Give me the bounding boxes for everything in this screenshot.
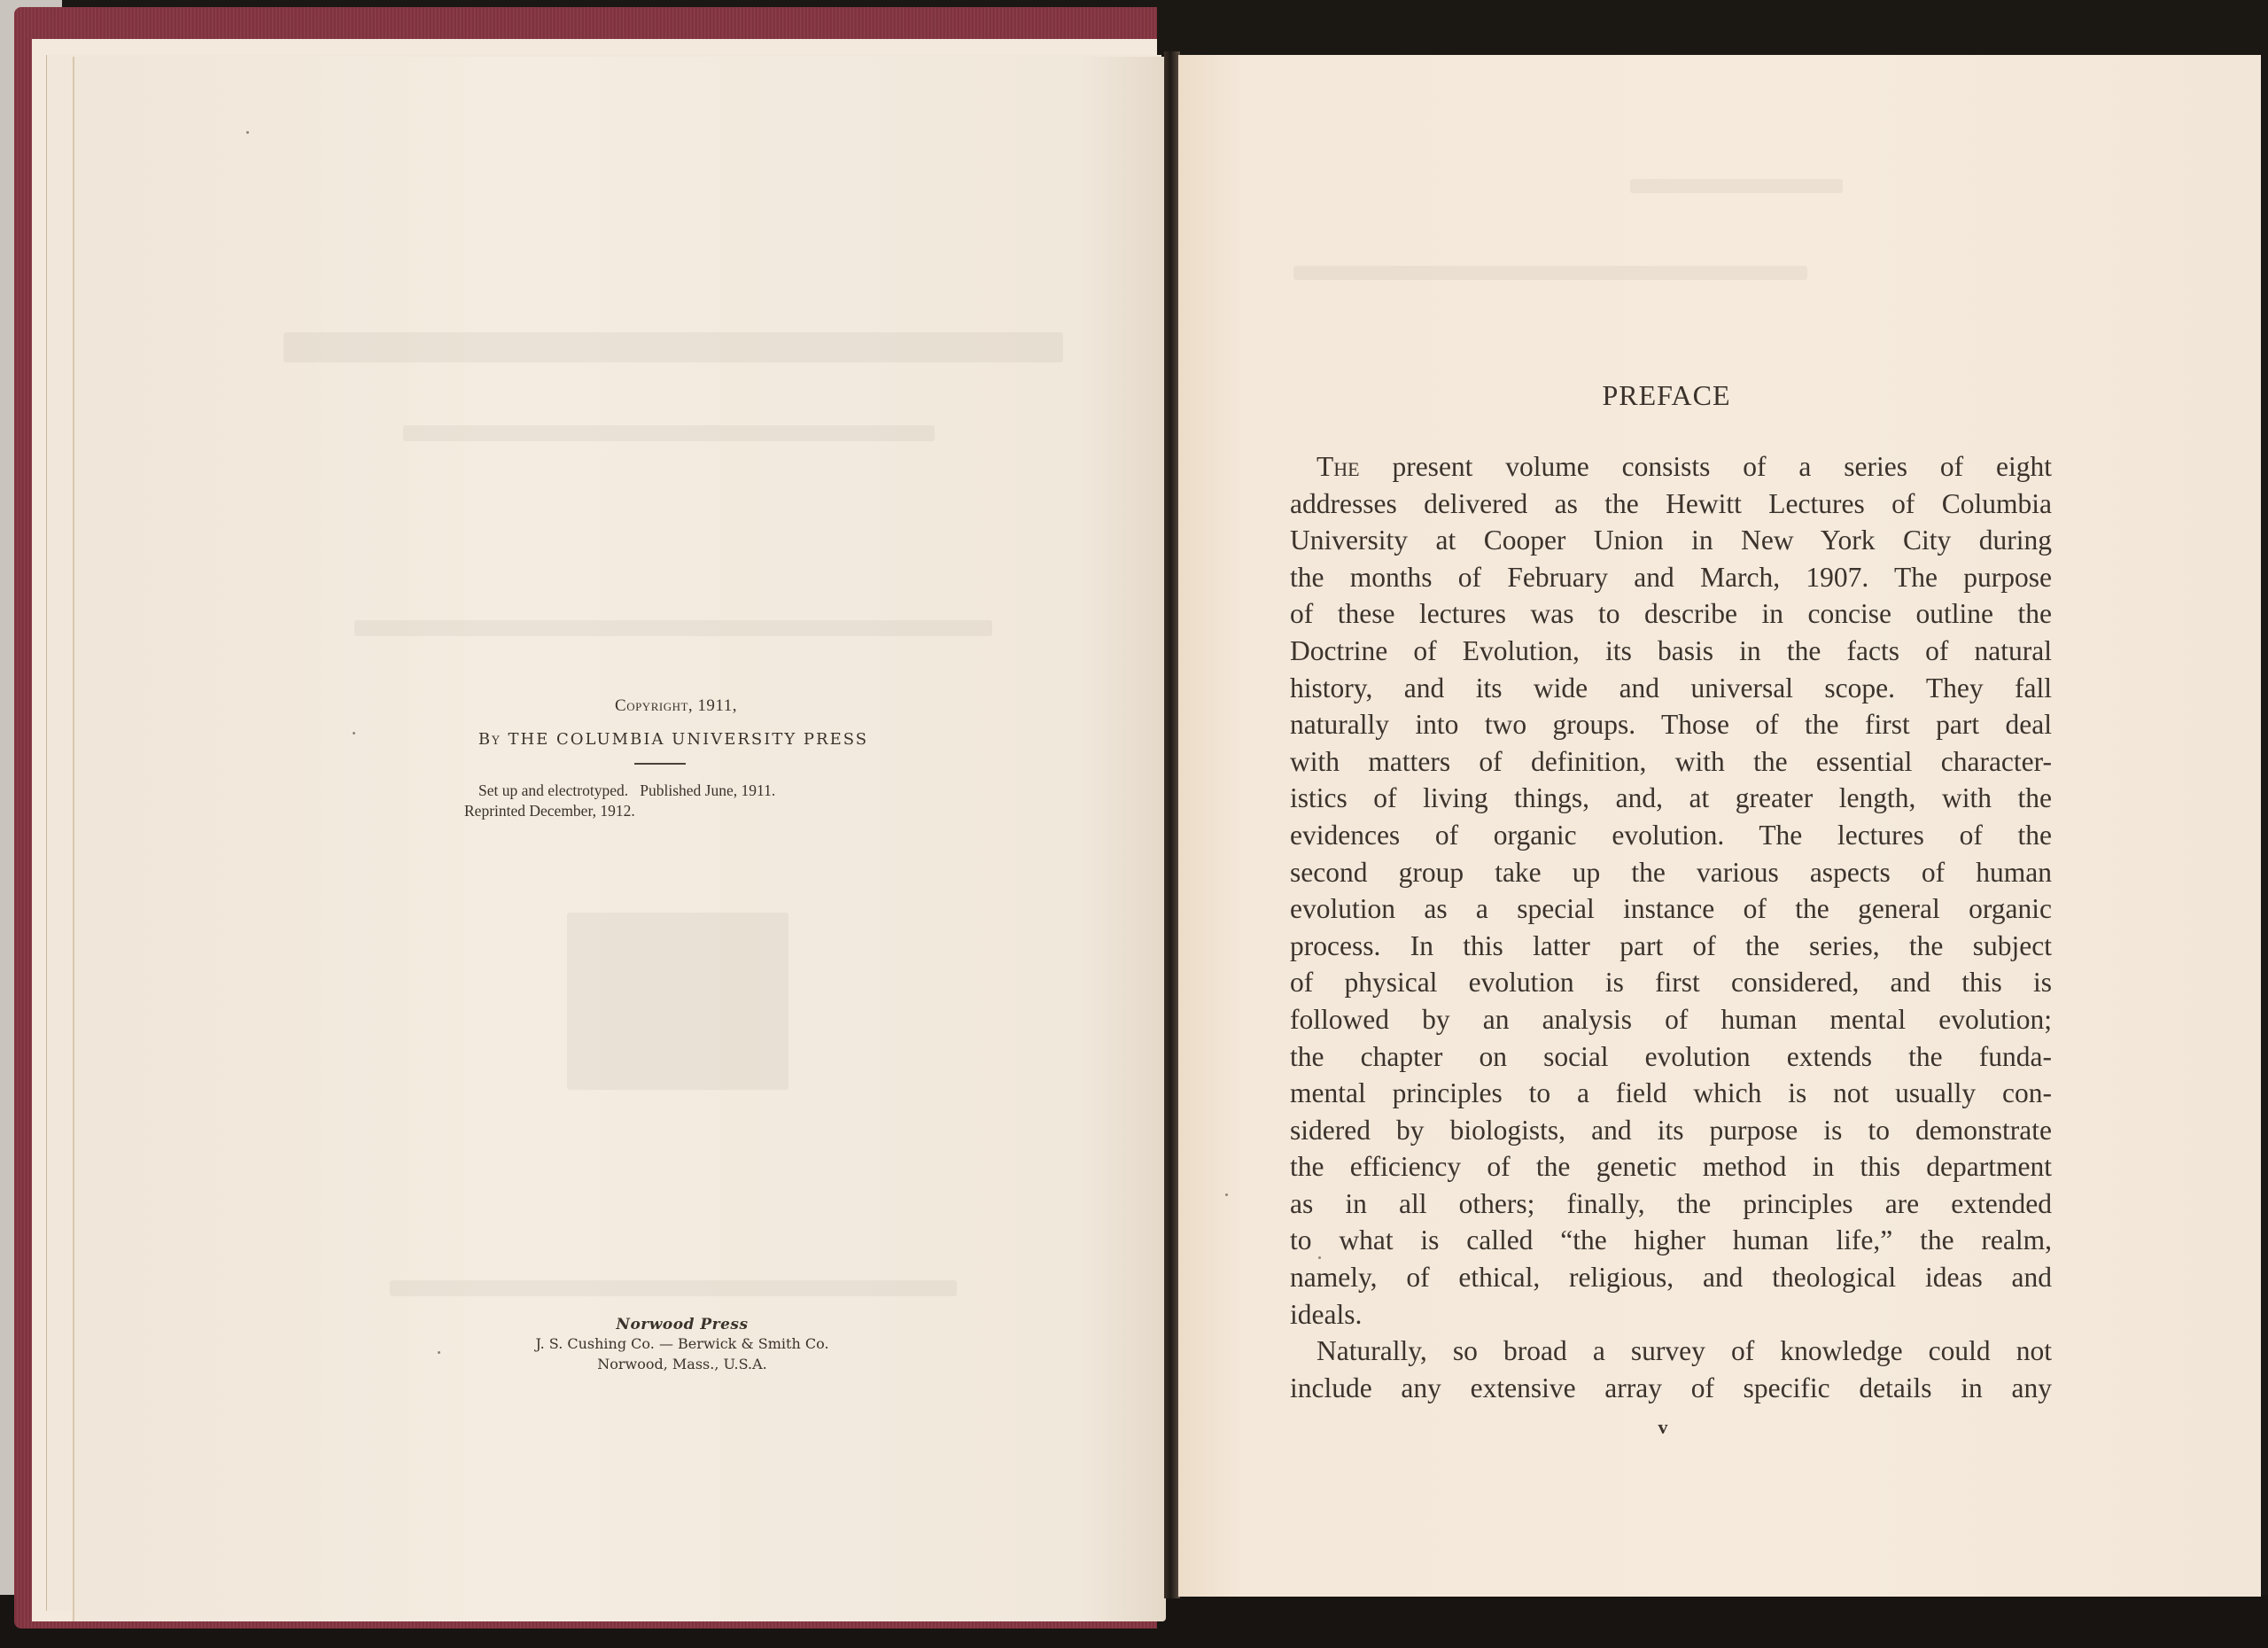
paper-speck: [438, 1351, 440, 1354]
preface-line: evidences of organic evolution. The lect…: [1290, 817, 2052, 854]
copyright-line: Copyright, 1911,: [463, 696, 889, 716]
preface-line: the months of February and March, 1907. …: [1290, 559, 2052, 596]
preface-line: process. In this latter part of the seri…: [1290, 928, 2052, 965]
preface-line: University at Cooper Union in New York C…: [1290, 522, 2052, 559]
paper-speck: [1225, 1193, 1228, 1196]
preface-line: followed by an analysis of human mental …: [1290, 1001, 2052, 1038]
preface-heading: PREFACE: [1178, 379, 2155, 412]
preface-line: with matters of definition, with the ess…: [1290, 743, 2052, 781]
publication-note-line-2: Reprinted December, 1912.: [464, 802, 635, 820]
preface-line: of physical evolution is first considere…: [1290, 964, 2052, 1001]
preface-line: sidered by biologists, and its purpose i…: [1290, 1112, 2052, 1149]
preface-line: to what is called “the higher human life…: [1290, 1222, 2052, 1259]
preface-line: naturally into two groups. Those of the …: [1290, 706, 2052, 743]
preface-line: ideals.: [1290, 1296, 2052, 1333]
copyright-label: Copyright: [615, 696, 688, 715]
printer-name: Norwood Press: [478, 1316, 886, 1333]
bleed-through-emblem: [567, 913, 788, 1090]
publisher-line: By THE COLUMBIA UNIVERSITY PRESS: [443, 730, 904, 749]
publisher-name: THE COLUMBIA UNIVERSITY PRESS: [501, 730, 868, 749]
left-page-copyright: [73, 57, 1166, 1621]
preface-line: second group take up the various aspects…: [1290, 854, 2052, 891]
preface-line: istics of living things, and, at greater…: [1290, 780, 2052, 817]
preface-line: history, and its wide and universal scop…: [1290, 670, 2052, 707]
preface-line: include any extensive array of specific …: [1290, 1370, 2052, 1407]
page-number: v: [1650, 1416, 1676, 1439]
preface-line: evolution as a special instance of the g…: [1290, 890, 2052, 928]
preface-line: The present volume consists of a series …: [1290, 448, 2052, 486]
copyright-year: , 1911,: [688, 696, 737, 715]
preface-line: the efficiency of the genetic method in …: [1290, 1148, 2052, 1185]
preface-line: namely, of ethical, religious, and theol…: [1290, 1259, 2052, 1296]
preface-line: as in all others; finally, the principle…: [1290, 1185, 2052, 1223]
printer-place: Norwood, Mass., U.S.A.: [478, 1356, 886, 1372]
preface-line: Doctrine of Evolution, its basis in the …: [1290, 633, 2052, 670]
preface-line: addresses delivered as the Hewitt Lectur…: [1290, 486, 2052, 523]
preface-body: The present volume consists of a series …: [1290, 448, 2052, 1406]
publisher-by: By: [478, 730, 501, 749]
publication-note-line-1: Set up and electrotyped. Published June,…: [478, 781, 775, 800]
preface-line: mental principles to a field which is no…: [1290, 1075, 2052, 1112]
paper-speck: [246, 131, 249, 134]
preface-line: the chapter on social evolution extends …: [1290, 1038, 2052, 1076]
preface-first-word: The: [1317, 451, 1360, 482]
bleed-through-title: [283, 332, 1063, 362]
bleed-through-author: [354, 620, 992, 636]
scan-background-top-dark: [1152, 0, 2268, 55]
bleed-through-subtitle: [403, 425, 935, 441]
preface-line: Naturally, so broad a survey of knowledg…: [1290, 1333, 2052, 1370]
paper-speck: [1318, 1256, 1321, 1259]
bleed-through-text: [1293, 266, 1807, 280]
bleed-through-running-head: [1630, 179, 1843, 193]
bleed-through-imprint: [390, 1280, 957, 1296]
paper-speck: [353, 732, 355, 735]
printer-firms: J. S. Cushing Co. — Berwick & Smith Co.: [478, 1335, 886, 1352]
imprint-rule-divider: [634, 763, 686, 765]
preface-line: of these lectures was to describe in con…: [1290, 595, 2052, 633]
